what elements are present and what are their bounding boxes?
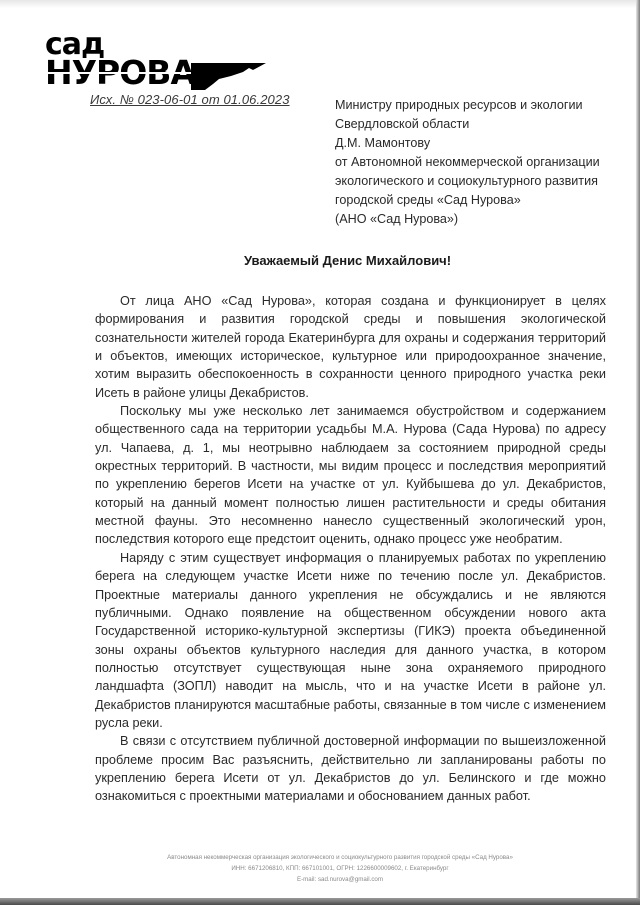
sad-nurova-logo: сад НУРОВА — [45, 36, 265, 90]
salutation: Уважаемый Денис Михайлович! — [0, 253, 640, 268]
letter-footer: Автономная некоммерческая организация эк… — [0, 852, 640, 885]
recipient-line: Министру природных ресурсов и экологии — [335, 96, 625, 115]
page-right-edge — [636, 0, 640, 905]
outgoing-reference-number: Исх. № 023-06-01 от 01.06.2023 — [90, 92, 290, 107]
top-edge-shadow — [0, 0, 640, 8]
letter-body: От лица АНО «Сад Нурова», которая создан… — [95, 292, 606, 806]
sender-line: (АНО «Сад Нурова») — [335, 210, 625, 229]
footer-registration-ids: ИНН: 6671206810, КПП: 667101001, ОГРН: 1… — [40, 863, 640, 874]
body-paragraph: В связи с отсутствием публичной достовер… — [95, 732, 606, 805]
logo-wedge-shape — [191, 60, 266, 90]
logo-stencil-gap — [45, 72, 195, 74]
sender-line: городской среды «Сад Нурова» — [335, 191, 625, 210]
recipient-block: Министру природных ресурсов и экологии С… — [335, 96, 625, 229]
recipient-line: Свердловской области — [335, 115, 625, 134]
body-paragraph: От лица АНО «Сад Нурова», которая создан… — [95, 292, 606, 402]
sender-line: экологического и социокультурного развит… — [335, 172, 625, 191]
footer-org-name: Автономная некоммерческая организация эк… — [40, 852, 640, 863]
body-paragraph: Поскольку мы уже несколько лет занимаемс… — [95, 402, 606, 549]
sender-line: от Автономной некоммерческой организации — [335, 153, 625, 172]
body-paragraph: Наряду с этим существует информация о пл… — [95, 549, 606, 732]
page-bottom-edge — [0, 898, 640, 905]
recipient-line: Д.М. Мамонтову — [335, 134, 625, 153]
footer-email: E-mail: sad.nurova@gmail.com — [40, 874, 640, 885]
